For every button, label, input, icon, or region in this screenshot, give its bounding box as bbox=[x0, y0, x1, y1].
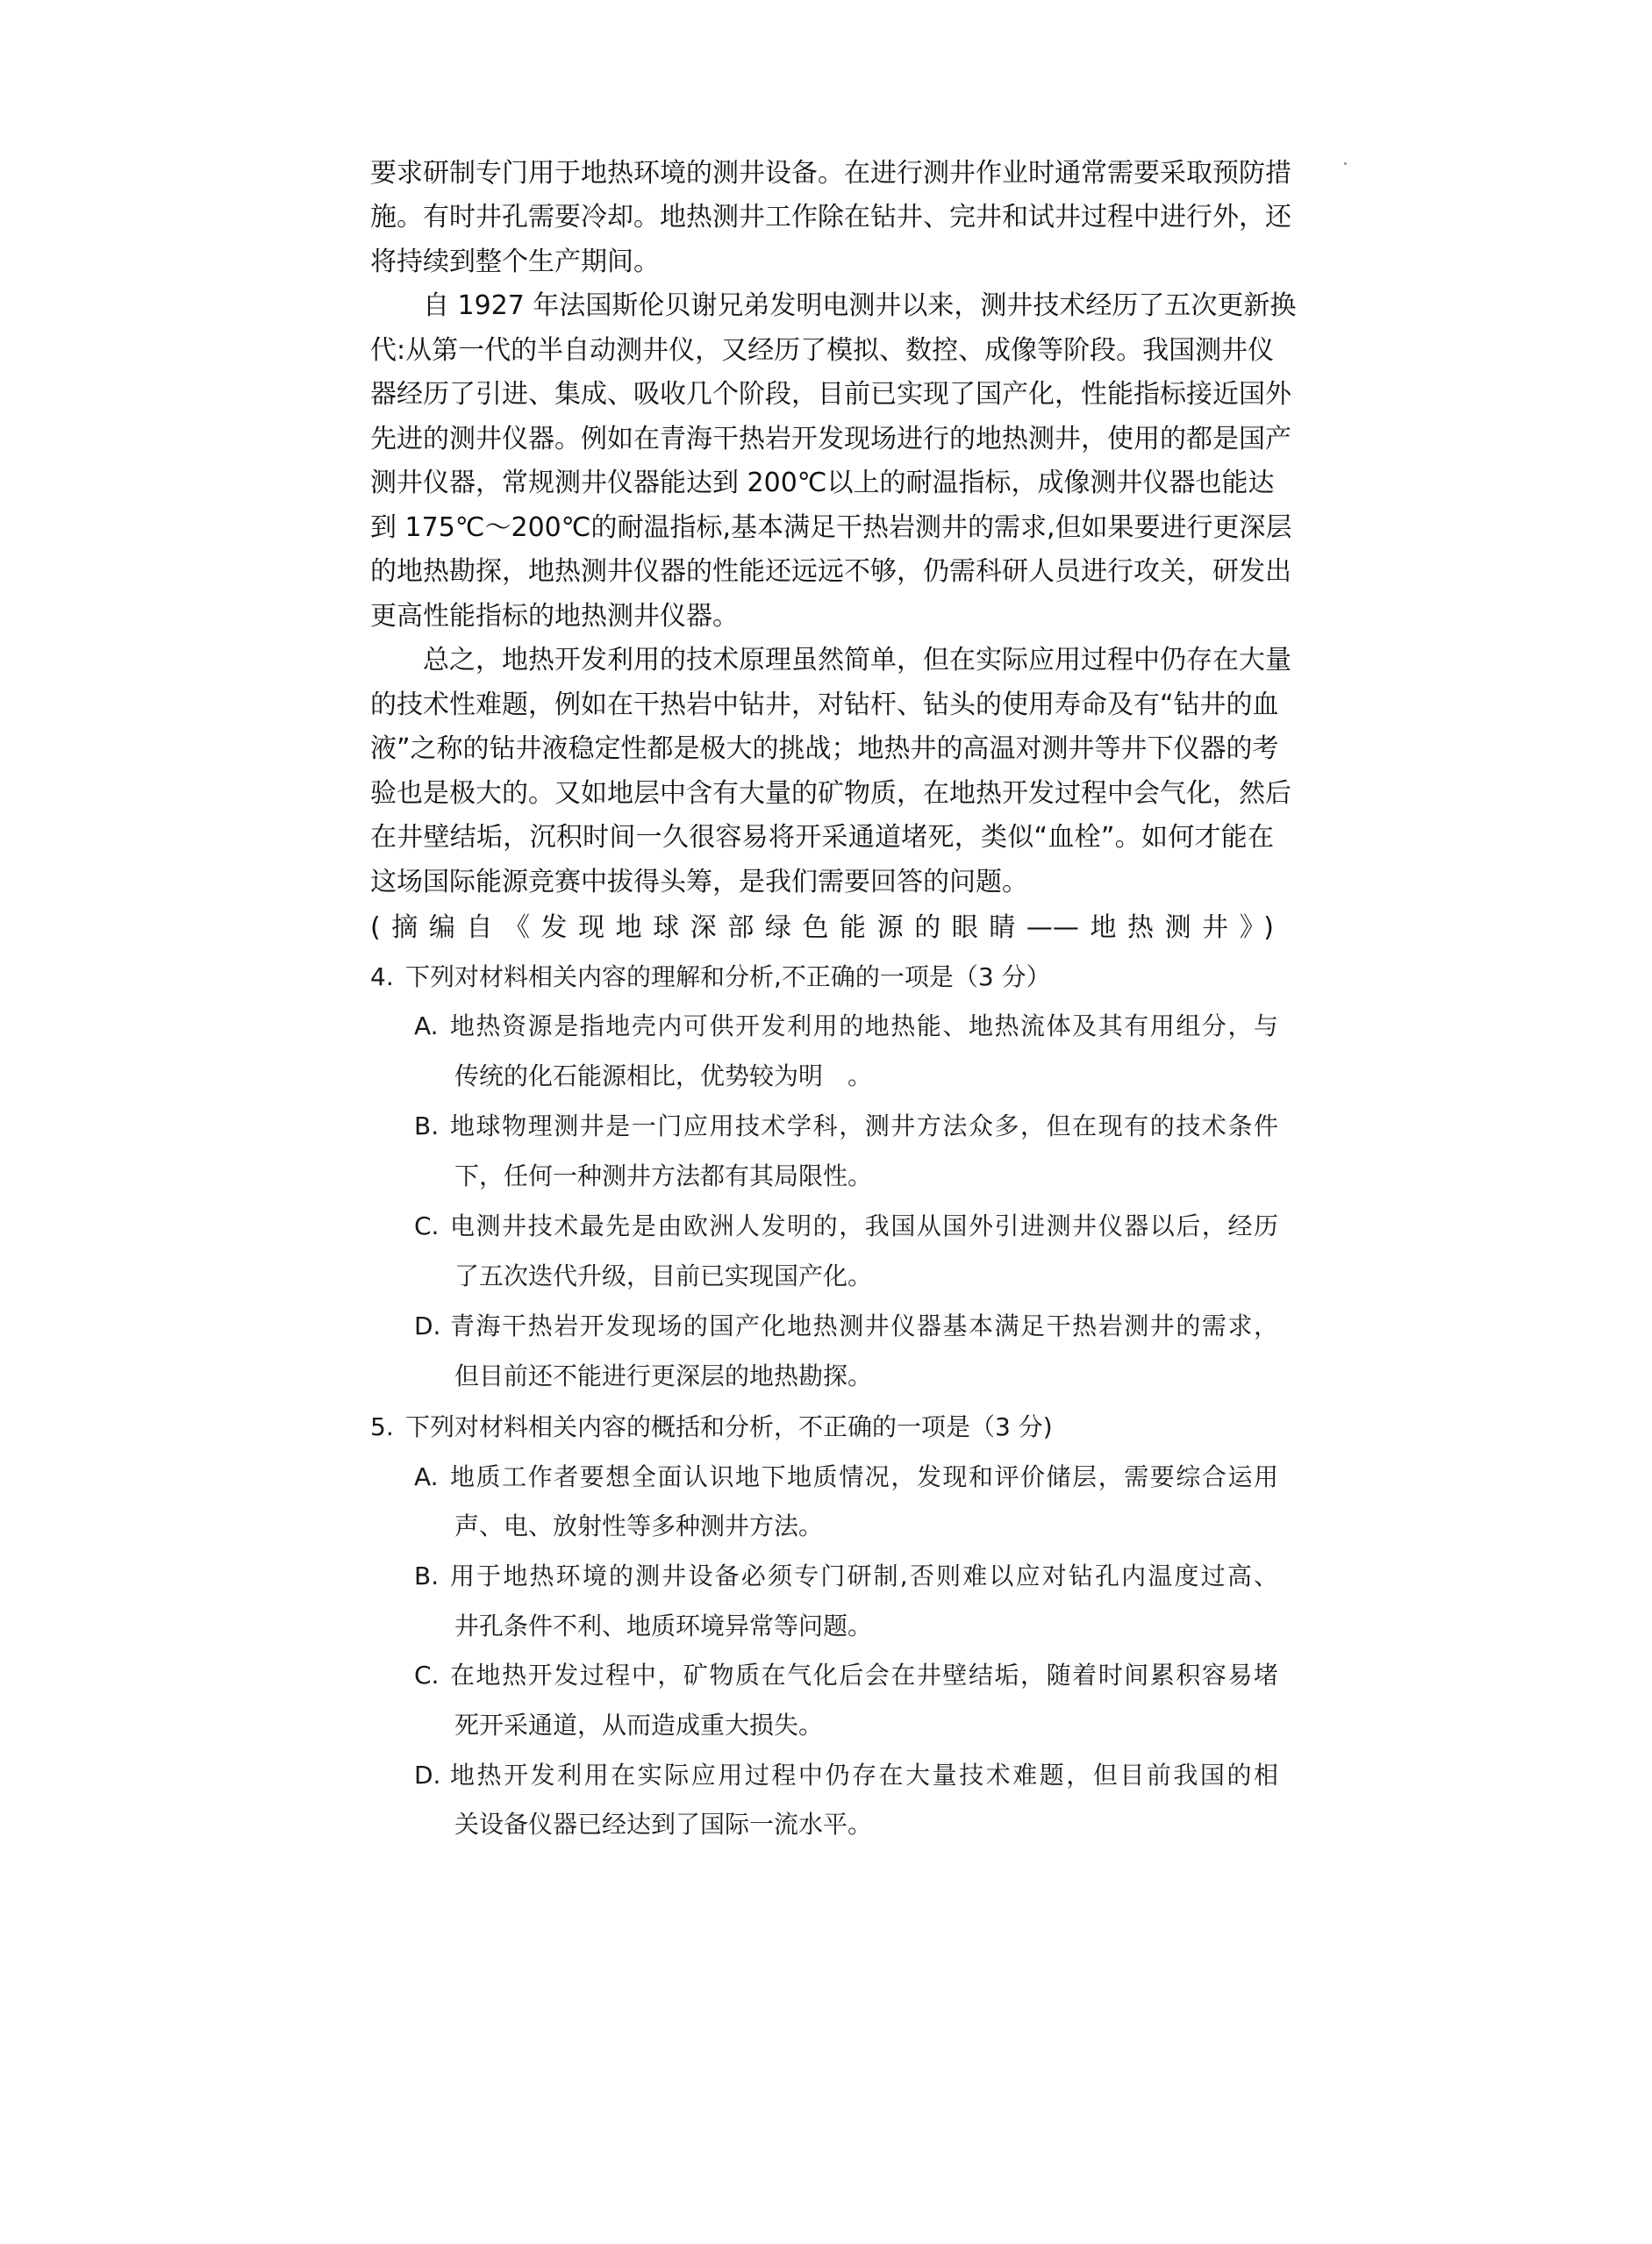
option-a-continuation: 传统的化石能源相比，优势较为明 。 bbox=[454, 1061, 1278, 1091]
option-a[interactable]: A. 地质工作者要想全面认识地下地质情况，发现和评价储层，需要综合运用 bbox=[414, 1462, 1278, 1492]
passage-line: 在井壁结垢，沉积时间一久很容易将开采通道堵死，类似“血栓”。如何才能在 bbox=[370, 822, 1274, 854]
option-d-continuation: 关设备仪器已经达到了国际一流水平。 bbox=[454, 1810, 1278, 1840]
passage-line: 代:从第一代的半自动测井仪，又经历了模拟、数控、成像等阶段。我国测井仪 bbox=[370, 335, 1274, 367]
option-b-continuation: 井孔条件不利、地质环境异常等问题。 bbox=[454, 1612, 1278, 1641]
passage-line: 液”之称的钻井液稳定性都是极大的挑战；地热井的高温对测井等井下仪器的考 bbox=[370, 733, 1274, 765]
option-text: 在地热开发过程中，矿物质在气化后会在井壁结垢，随着时间累积容易堵 bbox=[450, 1661, 1278, 1690]
option-c[interactable]: C. 在地热开发过程中，矿物质在气化后会在井壁结垢，随着时间累积容易堵 bbox=[414, 1661, 1278, 1690]
passage-line: 测井仪器，常规测井仪器能达到 200℃以上的耐温指标，成像测井仪器也能达 bbox=[370, 468, 1274, 499]
option-label: B. bbox=[414, 1111, 439, 1141]
option-c-continuation: 了五次迭代升级，目前已实现国产化。 bbox=[454, 1261, 1278, 1291]
option-label: C. bbox=[414, 1661, 439, 1690]
question-number: 4. bbox=[370, 962, 394, 992]
option-d[interactable]: D. 地热开发利用在实际应用过程中仍存在大量技术难题，但目前我国的相 bbox=[414, 1761, 1278, 1790]
option-b[interactable]: B. 用于地热环境的测井设备必须专门研制,否则难以应对钻孔内温度过高、 bbox=[414, 1562, 1278, 1591]
question-text: 下列对材料相关内容的理解和分析,不正确的一项是（3 分） bbox=[405, 962, 1051, 992]
question-stem: 5. 下列对材料相关内容的概括和分析，不正确的一项是（3 分) bbox=[370, 1412, 1248, 1442]
option-label: C. bbox=[414, 1211, 439, 1241]
option-label: B. bbox=[414, 1562, 439, 1591]
option-a[interactable]: A. 地热资源是指地壳内可供开发利用的地热能、地热流体及其有用组分，与 bbox=[414, 1011, 1278, 1041]
question-number: 5. bbox=[370, 1412, 394, 1442]
option-label: A. bbox=[414, 1011, 439, 1041]
option-text: 地质工作者要想全面认识地下地质情况，发现和评价储层，需要综合运用 bbox=[450, 1462, 1278, 1492]
option-text: 用于地热环境的测井设备必须专门研制,否则难以应对钻孔内温度过高、 bbox=[450, 1562, 1278, 1591]
question-stem: 4. 下列对材料相关内容的理解和分析,不正确的一项是（3 分） bbox=[370, 962, 1248, 992]
option-text: 电测井技术最先是由欧洲人发明的，我国从国外引进测井仪器以后，经历 bbox=[450, 1211, 1278, 1241]
passage-line: 更高性能指标的地热测井仪器。 bbox=[370, 601, 1274, 632]
passage-line: 到 175℃～200℃的耐温指标,基本满足干热岩测井的需求,但如果要进行更深层 bbox=[370, 512, 1274, 544]
option-text: 地热开发利用在实际应用过程中仍存在大量技术难题，但目前我国的相 bbox=[450, 1761, 1278, 1790]
exam-page: 要求研制专门用于地热环境的测井设备。在进行测井作业时通常需要采取预防措 施。有时… bbox=[0, 0, 1652, 2244]
passage-line: 这场国际能源竞赛中拔得头筹，是我们需要回答的问题。 bbox=[370, 867, 1274, 898]
scan-speck bbox=[1344, 162, 1347, 165]
option-d-continuation: 但目前还不能进行更深层的地热勘探。 bbox=[454, 1361, 1278, 1391]
passage-line: 施。有时井孔需要冷却。地热测井工作除在钻井、完井和试井过程中进行外，还 bbox=[370, 202, 1274, 233]
option-label: D. bbox=[414, 1761, 440, 1790]
option-label: A. bbox=[414, 1462, 439, 1492]
option-text: 地球物理测井是一门应用技术学科，测井方法众多，但在现有的技术条件 bbox=[450, 1111, 1278, 1141]
option-a-continuation: 声、电、放射性等多种测井方法。 bbox=[454, 1511, 1278, 1541]
passage-line: 的地热勘探，地热测井仪器的性能还远远不够，仍需科研人员进行攻关，研发出 bbox=[370, 556, 1274, 588]
option-b[interactable]: B. 地球物理测井是一门应用技术学科，测井方法众多，但在现有的技术条件 bbox=[414, 1111, 1278, 1141]
question-text: 下列对材料相关内容的概括和分析，不正确的一项是（3 分) bbox=[405, 1412, 1053, 1442]
passage-line: 自 1927 年法国斯伦贝谢兄弟发明电测井以来，测井技术经历了五次更新换 bbox=[423, 290, 1274, 322]
option-d[interactable]: D. 青海干热岩开发现场的国产化地热测井仪器基本满足干热岩测井的需求， bbox=[414, 1311, 1278, 1341]
option-c-continuation: 死开采通道，从而造成重大损失。 bbox=[454, 1711, 1278, 1740]
passage-line: 总之，地热开发利用的技术原理虽然简单，但在实际应用过程中仍存在大量 bbox=[423, 645, 1274, 676]
passage-line: 的技术性难题，例如在干热岩中钻井，对钻杆、钻头的使用寿命及有“钻井的血 bbox=[370, 690, 1274, 721]
option-label: D. bbox=[414, 1311, 440, 1341]
option-text: 地热资源是指地壳内可供开发利用的地热能、地热流体及其有用组分，与 bbox=[450, 1011, 1278, 1041]
option-c[interactable]: C. 电测井技术最先是由欧洲人发明的，我国从国外引进测井仪器以后，经历 bbox=[414, 1211, 1278, 1241]
passage-line: 先进的测井仪器。例如在青海干热岩开发现场进行的地热测井，使用的都是国产 bbox=[370, 424, 1274, 455]
passage-line: 要求研制专门用于地热环境的测井设备。在进行测井作业时通常需要采取预防措 bbox=[370, 158, 1274, 189]
passage-line: 验也是极大的。又如地层中含有大量的矿物质，在地热开发过程中会气化，然后 bbox=[370, 778, 1274, 810]
passage-line: 将持续到整个生产期间。 bbox=[370, 247, 1274, 278]
source-citation: (摘编自《发现地球深部绿色能源的眼睛——地热测井》) bbox=[370, 912, 1274, 944]
passage-line: 器经历了引进、集成、吸收几个阶段，目前已实现了国产化，性能指标接近国外 bbox=[370, 379, 1274, 411]
option-b-continuation: 下，任何一种测井方法都有其局限性。 bbox=[454, 1161, 1278, 1191]
option-text: 青海干热岩开发现场的国产化地热测井仪器基本满足干热岩测井的需求， bbox=[450, 1311, 1278, 1341]
